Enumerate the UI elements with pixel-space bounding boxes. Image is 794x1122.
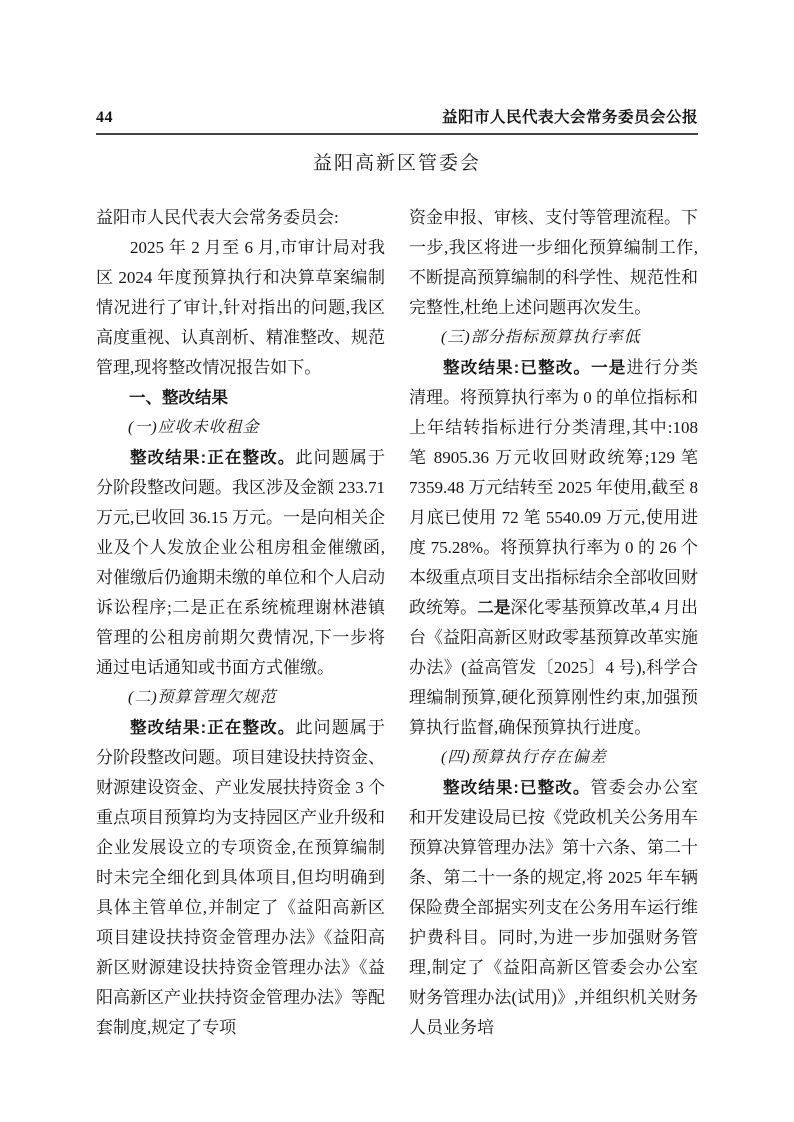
item4-result-label: 整改结果:已整改。 (443, 779, 590, 797)
item2-body-left: 此问题属于分阶段整改问题。项目建设扶持资金、财源建设资金、产业发展扶持资金 3 … (96, 718, 385, 1037)
item1-body: 此问题属于分阶段整改问题。我区涉及金额 233.71 万元,已收回 36.15 … (96, 448, 385, 677)
running-header: 44 益阳市人民代表大会常务委员会公报 (96, 108, 698, 128)
item3-heading: (三)部分指标预算执行率低 (409, 323, 698, 353)
item3-paragraph: 整改结果:已整改。一是进行分类清理。将预算执行率为 0 的单位指标和上年结转指标… (409, 353, 698, 743)
item2-paragraph-left: 整改结果:正在整改。此问题属于分阶段整改问题。项目建设扶持资金、财源建设资金、产… (96, 713, 385, 1043)
item1-heading: (一)应收未收租金 (96, 413, 385, 443)
body-columns: 益阳市人民代表大会常务委员会: 2025 年 2 月至 6 月,市审计局对我区 … (96, 203, 698, 1043)
section1-heading: 一、整改结果 (96, 383, 385, 413)
item3-point1-label: 一是 (591, 359, 626, 377)
document-title: 益阳高新区管委会 (96, 151, 698, 177)
item3-point1-body: 进行分类清理。将预算执行率为 0 的单位指标和上年结转指标进行分类清理,其中:1… (409, 358, 698, 617)
salutation: 益阳市人民代表大会常务委员会: (96, 203, 385, 233)
item4-paragraph: 整改结果:已整改。管委会办公室和开发建设局已按《党政机关公务用车预算决算管理办法… (409, 773, 698, 1043)
item4-heading: (四)预算执行存在偏差 (409, 743, 698, 773)
item3-point2-label: 二是 (477, 599, 510, 617)
item2-heading: (二)预算管理欠规范 (96, 683, 385, 713)
publication-title: 益阳市人民代表大会常务委员会公报 (442, 108, 698, 128)
item4-body: 管委会办公室和开发建设局已按《党政机关公务用车预算决算管理办法》第十六条、第二十… (409, 778, 698, 1037)
page-number: 44 (96, 108, 113, 128)
item2-paragraph-continuation: 资金申报、审核、支付等管理流程。下一步,我区将进一步细化预算编制工作,不断提高预… (409, 203, 698, 323)
left-column: 益阳市人民代表大会常务委员会: 2025 年 2 月至 6 月,市审计局对我区 … (96, 203, 385, 1043)
item2-result-label: 整改结果:正在整改。 (130, 719, 295, 737)
item1-paragraph: 整改结果:正在整改。此问题属于分阶段整改问题。我区涉及金额 233.71 万元,… (96, 443, 385, 683)
item3-result-label: 整改结果:已整改。 (443, 359, 591, 377)
item3-point2-body: 深化零基预算改革,4 月出台《益阳高新区财政零基预算改革实施办法》(益高管发〔2… (409, 598, 698, 737)
item1-result-label: 整改结果:正在整改。 (130, 449, 295, 467)
intro-paragraph: 2025 年 2 月至 6 月,市审计局对我区 2024 年度预算执行和决算草案… (96, 233, 385, 383)
document-page: 44 益阳市人民代表大会常务委员会公报 益阳高新区管委会 益阳市人民代表大会常务… (0, 0, 794, 1122)
header-rule (96, 133, 698, 135)
right-column: 资金申报、审核、支付等管理流程。下一步,我区将进一步细化预算编制工作,不断提高预… (409, 203, 698, 1043)
